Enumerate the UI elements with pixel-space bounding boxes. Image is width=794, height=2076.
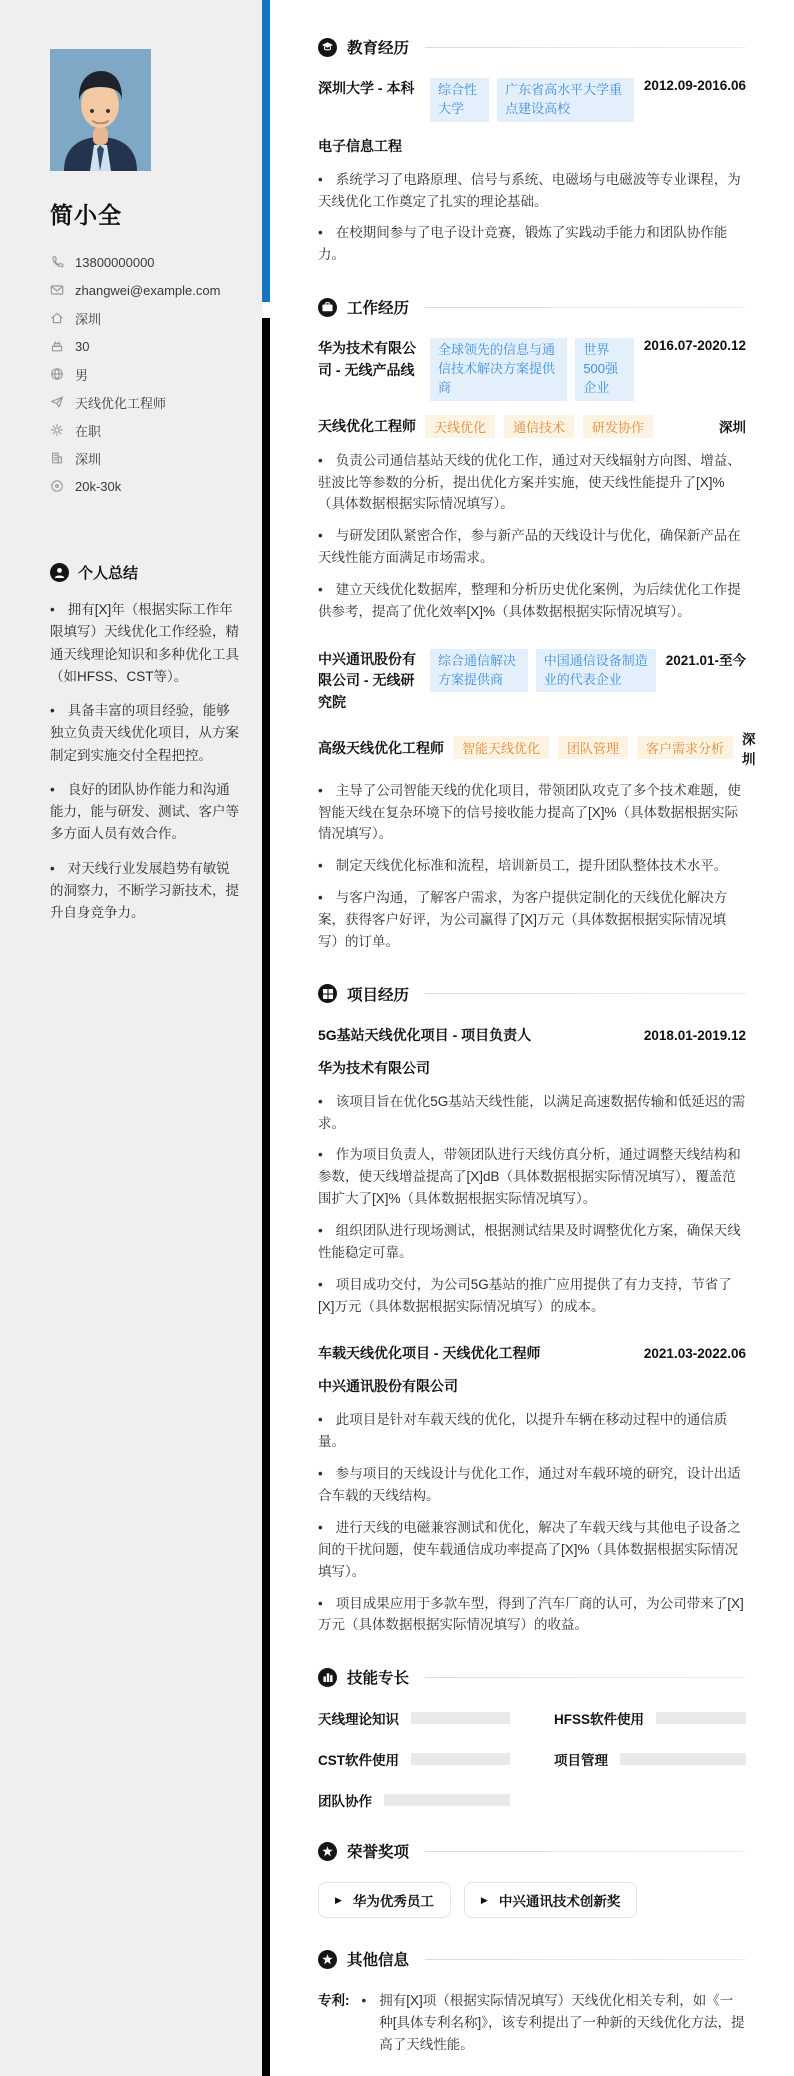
- section-divider: [425, 47, 746, 48]
- skill-bar: [656, 1712, 746, 1724]
- section-divider: [425, 1851, 746, 1852]
- project-company: 中兴通讯股份有限公司: [318, 1376, 746, 1396]
- contact-gender: 男: [50, 360, 240, 388]
- contact-city: 深圳: [50, 444, 240, 472]
- summary-bullet: •拥有[X]年（根据实际工作年限填写）天线优化工作经验，精通天线理论知识和多种优…: [50, 599, 240, 688]
- honor-pills: ▶ 华为优秀员工 ▶ 中兴通讯技术创新奖: [318, 1882, 746, 1918]
- skill-tag: 研发协作: [583, 415, 653, 438]
- project-bullet: •进行天线的电磁兼容测试和优化，解决了车载天线与其他电子设备之间的干扰问题，使车…: [318, 1517, 746, 1583]
- honor-pill: ▶ 中兴通讯技术创新奖: [464, 1882, 637, 1918]
- company-tag: 综合通信解决方案提供商: [430, 649, 528, 693]
- section-header-other: 其他信息: [318, 1948, 746, 1970]
- project-entry-header: 车载天线优化项目 - 天线优化工程师 2021.03-2022.06: [318, 1343, 746, 1363]
- profile-photo: [50, 49, 151, 171]
- contact-phone: 13800000000: [50, 248, 240, 276]
- project-bullet: •项目成果应用于多款车型，得到了汽车厂商的认可，为公司带来了[X]万元（具体数据…: [318, 1593, 746, 1637]
- section-header-education: 教育经历: [318, 36, 746, 58]
- work-location: 深圳: [719, 416, 746, 436]
- work-role-row: 高级天线优化工程师 智能天线优化 团队管理 客户需求分析 深圳: [318, 728, 746, 768]
- skill-tag: 通信技术: [504, 415, 574, 438]
- graduation-cap-icon: [318, 38, 337, 57]
- section-title: 荣誉奖项: [347, 1840, 409, 1862]
- section-header-work: 工作经历: [318, 296, 746, 318]
- main-content: 教育经历 深圳大学 - 本科 综合性大学 广东省高水平大学重点建设高校 2012…: [270, 0, 794, 2076]
- education-bullet: •系统学习了电路原理、信号与系统、电磁场与电磁波等专业课程，为天线优化工作奠定了…: [318, 169, 746, 213]
- section-header-honors: 荣誉奖项: [318, 1840, 746, 1862]
- project-entry-header: 5G基站天线优化项目 - 项目负责人 2018.01-2019.12: [318, 1025, 746, 1045]
- skill-row: HFSS软件使用: [554, 1708, 746, 1728]
- section-divider: [425, 1959, 746, 1960]
- job-title: 高级天线优化工程师: [318, 738, 444, 758]
- company-name: 华为技术有限公司 - 无线产品线: [318, 338, 420, 381]
- personal-summary-section: 个人总结 •拥有[X]年（根据实际工作年限填写）天线优化工作经验，精通天线理论知…: [50, 562, 240, 924]
- skill-bar: [411, 1712, 510, 1724]
- contact-list: 13800000000 zhangwei@example.com 深圳 30 男…: [50, 248, 240, 500]
- skill-row: 团队协作: [318, 1790, 510, 1810]
- play-triangle-icon: ▶: [481, 1895, 488, 1906]
- salary-icon: [50, 479, 64, 493]
- age-icon: [50, 339, 64, 353]
- section-title: 工作经历: [347, 296, 409, 318]
- medal-icon: [318, 1842, 337, 1861]
- school-tag: 综合性大学: [430, 78, 489, 122]
- contact-age: 30: [50, 332, 240, 360]
- patent-label: 专利:: [318, 1990, 350, 2056]
- company-tag: 全球领先的信息与通信技术解决方案提供商: [430, 338, 567, 401]
- work-bullet: •负责公司通信基站天线的优化工作，通过对天线辐射方向图、增益、驻波比等参数的分析…: [318, 450, 746, 516]
- candidate-name: 简小全: [50, 197, 240, 230]
- section-title: 项目经历: [347, 983, 409, 1005]
- section-header-skills: 技能专长: [318, 1666, 746, 1688]
- email-icon: [50, 283, 64, 297]
- building-icon: [50, 451, 64, 465]
- skill-tag: 客户需求分析: [637, 736, 733, 759]
- project-date: 2021.03-2022.06: [644, 1346, 746, 1361]
- project-bullet: •此项目是针对车载天线的优化，以提升车辆在移动过程中的通信质量。: [318, 1409, 746, 1453]
- work-entry-header: 华为技术有限公司 - 无线产品线 全球领先的信息与通信技术解决方案提供商 世界5…: [318, 338, 746, 401]
- summary-bullet: •对天线行业发展趋势有敏锐的洞察力，不断学习新技术，提升自身竞争力。: [50, 858, 240, 925]
- rail-blue-segment: [262, 0, 270, 302]
- summary-bullet: •良好的团队协作能力和沟通能力，能与研发、测试、客户等多方面人员有效合作。: [50, 779, 240, 846]
- project-name: 5G基站天线优化项目 - 项目负责人: [318, 1025, 531, 1045]
- school-tag: 广东省高水平大学重点建设高校: [497, 78, 634, 122]
- work-entry-header: 中兴通讯股份有限公司 - 无线研究院 综合通信解决方案提供商 中国通信设备制造业…: [318, 649, 746, 714]
- divider-rail: [262, 0, 270, 2076]
- work-bullet: •建立天线优化数据库，整理和分析历史优化案例，为后续优化工作提供参考，提高了优化…: [318, 579, 746, 623]
- bar-chart-icon: [318, 1668, 337, 1687]
- project-bullet: •作为项目负责人，带领团队进行天线仿真分析，通过调整天线结构和参数，使天线增益提…: [318, 1144, 746, 1210]
- phone-icon: [50, 255, 64, 269]
- sidebar: 简小全 13800000000 zhangwei@example.com 深圳 …: [0, 0, 262, 2076]
- school-name: 深圳大学 - 本科: [318, 78, 420, 100]
- skills-grid: 天线理论知识 HFSS软件使用 CST软件使用 项目管理 团队协作: [318, 1708, 746, 1810]
- patent-row: 专利: • 拥有[X]项（根据实际情况填写）天线优化相关专利，如《一种[具体专利…: [318, 1990, 746, 2056]
- section-title: 教育经历: [347, 36, 409, 58]
- work-bullet: •主导了公司智能天线的优化项目，带领团队攻克了多个技术难题，使智能天线在复杂环境…: [318, 780, 746, 846]
- resume-page: 简小全 13800000000 zhangwei@example.com 深圳 …: [0, 0, 794, 2076]
- education-entry-header: 深圳大学 - 本科 综合性大学 广东省高水平大学重点建设高校 2012.09-2…: [318, 78, 746, 122]
- summary-title: 个人总结: [78, 562, 138, 583]
- education-bullet: •在校期间参与了电子设计竞赛，锻炼了实践动手能力和团队协作能力。: [318, 222, 746, 266]
- skill-tag: 智能天线优化: [453, 736, 549, 759]
- contact-job-intention: 天线优化工程师: [50, 388, 240, 416]
- major: 电子信息工程: [318, 136, 746, 156]
- skill-bar: [411, 1753, 510, 1765]
- skill-bar: [384, 1794, 510, 1806]
- section-header-projects: 项目经历: [318, 983, 746, 1005]
- project-bullet: •参与项目的天线设计与优化工作，通过对车载环境的研究，设计出适合车载的天线结构。: [318, 1463, 746, 1507]
- work-role-row: 天线优化工程师 天线优化 通信技术 研发协作 深圳: [318, 415, 746, 438]
- work-bullet: •与研发团队紧密合作，参与新产品的天线设计与优化，确保新产品在天线性能方面满足市…: [318, 525, 746, 569]
- gender-icon: [50, 367, 64, 381]
- work-location: 深圳: [742, 728, 756, 768]
- project-date: 2018.01-2019.12: [644, 1028, 746, 1043]
- status-gear-icon: [50, 423, 64, 437]
- rail-page-break: [262, 302, 270, 318]
- grid-icon: [318, 984, 337, 1003]
- company-tag: 世界500强企业: [575, 338, 634, 401]
- contact-location: 深圳: [50, 304, 240, 332]
- project-company: 华为技术有限公司: [318, 1058, 746, 1078]
- company-name: 中兴通讯股份有限公司 - 无线研究院: [318, 649, 420, 714]
- skill-tag: 团队管理: [558, 736, 628, 759]
- contact-email: zhangwei@example.com: [50, 276, 240, 304]
- work-bullet: •制定天线优化标准和流程，培训新员工，提升团队整体技术水平。: [318, 855, 746, 877]
- home-icon: [50, 311, 64, 325]
- skill-tag: 天线优化: [425, 415, 495, 438]
- work-date: 2016.07-2020.12: [644, 338, 746, 353]
- project-bullet: •组织团队进行现场测试，根据测试结果及时调整优化方案，确保天线性能稳定可靠。: [318, 1220, 746, 1264]
- skill-bar: [620, 1753, 746, 1765]
- company-tag: 中国通信设备制造业的代表企业: [536, 649, 656, 693]
- honor-pill: ▶ 华为优秀员工: [318, 1882, 451, 1918]
- section-title: 其他信息: [347, 1948, 409, 1970]
- job-intention-icon: [50, 395, 64, 409]
- contact-status: 在职: [50, 416, 240, 444]
- person-icon: [50, 563, 69, 582]
- job-title: 天线优化工程师: [318, 416, 416, 436]
- rail-black-segment: [262, 318, 270, 2076]
- project-name: 车载天线优化项目 - 天线优化工程师: [318, 1343, 540, 1363]
- work-date: 2021.01-至今: [666, 649, 746, 669]
- education-date: 2012.09-2016.06: [644, 78, 746, 93]
- play-triangle-icon: ▶: [335, 1895, 342, 1906]
- section-divider: [425, 993, 746, 994]
- section-divider: [425, 307, 746, 308]
- skill-row: 项目管理: [554, 1749, 746, 1769]
- skill-row: 天线理论知识: [318, 1708, 510, 1728]
- work-bullet: •与客户沟通，了解客户需求，为客户提供定制化的天线优化解决方案，获得客户好评，为…: [318, 887, 746, 953]
- summary-bullet: •具备丰富的项目经验，能够独立负责天线优化项目，从方案制定到实施交付全程把控。: [50, 700, 240, 767]
- section-divider: [425, 1677, 746, 1678]
- project-bullet: •该项目旨在优化5G基站天线性能，以满足高速数据传输和低延迟的需求。: [318, 1091, 746, 1135]
- project-bullet: •项目成功交付，为公司5G基站的推广应用提供了有力支持，节省了[X]万元（具体数…: [318, 1274, 746, 1318]
- section-title: 技能专长: [347, 1666, 409, 1688]
- contact-salary: 20k-30k: [50, 472, 240, 500]
- patent-text: 拥有[X]项（根据实际情况填写）天线优化相关专利，如《一种[具体专利名称]》，该…: [379, 1990, 746, 2056]
- briefcase-icon: [318, 298, 337, 317]
- skill-row: CST软件使用: [318, 1749, 510, 1769]
- star-badge-icon: [318, 1950, 337, 1969]
